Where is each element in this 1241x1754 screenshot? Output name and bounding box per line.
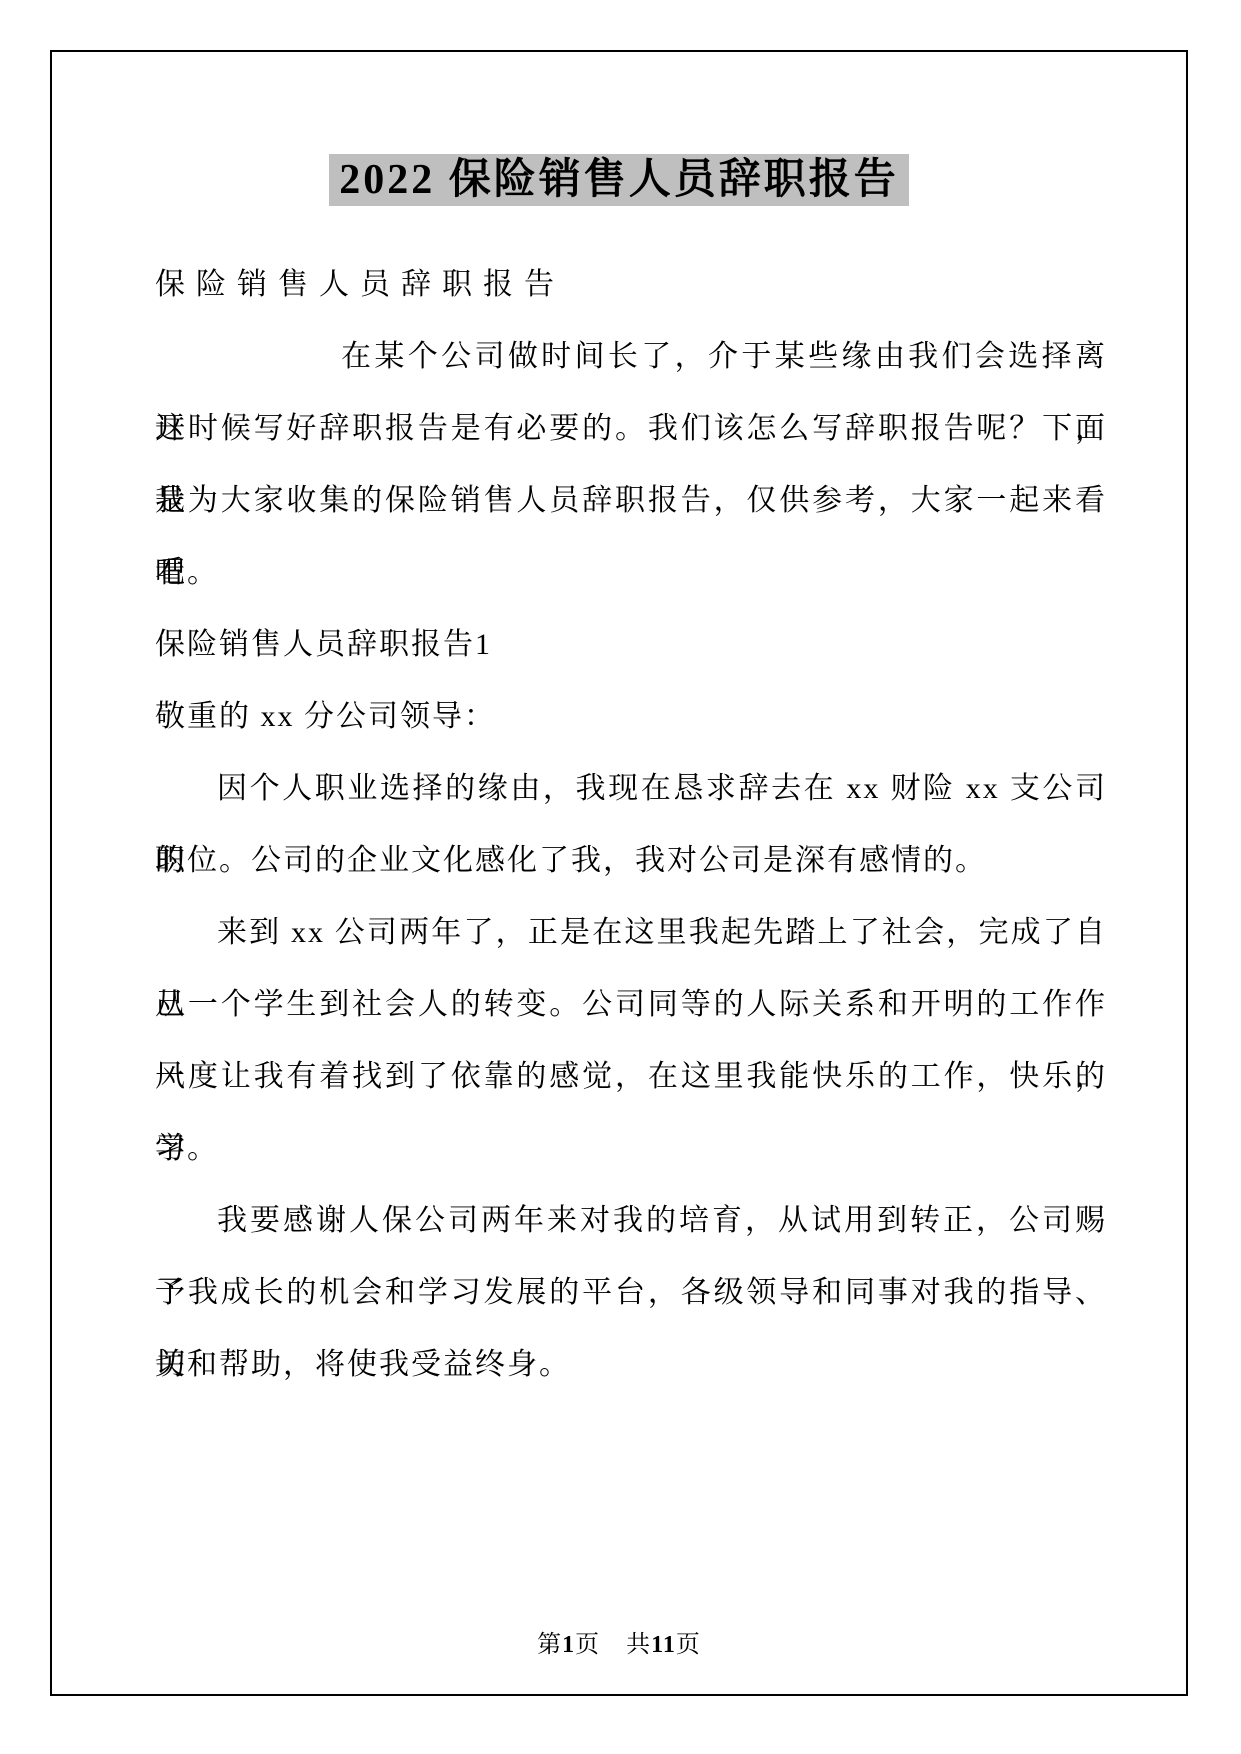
footer-page-number: 11 xyxy=(651,1632,676,1658)
text-line: 吧。 xyxy=(155,537,1107,609)
text-line: 我为大家收集的保险销售人员辞职报告，仅供参考，大家一起来看看 xyxy=(155,465,1107,537)
document-lines: 保险销售人员辞职报告在某个公司做时间长了，介于某些缘由我们会选择离开，这时候写好… xyxy=(155,249,1107,1401)
text-line: 从一个学生到社会人的转变。公司同等的人际关系和开明的工作作风， xyxy=(155,969,1107,1041)
text-line: 一度让我有着找到了依靠的感觉，在这里我能快乐的工作，快乐的学 xyxy=(155,1041,1107,1113)
footer-text: 页 xyxy=(575,1632,600,1658)
page-border: 2022 保险销售人员辞职报告 保险销售人员辞职报告在某个公司做时间长了，介于某… xyxy=(50,50,1188,1696)
text-line: 来到 xx 公司两年了，正是在这里我起先踏上了社会，完成了自己 xyxy=(155,897,1107,969)
footer-text: 共 xyxy=(626,1632,651,1658)
text-line: 了我成长的机会和学习发展的平台，各级领导和同事对我的指导、关 xyxy=(155,1257,1107,1329)
footer-page-number: 1 xyxy=(562,1632,575,1658)
text-line: 在某个公司做时间长了，介于某些缘由我们会选择离开， xyxy=(155,321,1107,393)
document-page: 2022 保险销售人员辞职报告 保险销售人员辞职报告在某个公司做时间长了，介于某… xyxy=(0,0,1241,1754)
text-line: 习。 xyxy=(155,1113,1107,1185)
text-line: 切和帮助，将使我受益终身。 xyxy=(155,1329,1107,1401)
footer-text: 页 xyxy=(676,1632,701,1658)
text-line: 因个人职业选择的缘由，我现在恳求辞去在 xx 财险 xx 支公司的 xyxy=(155,753,1107,825)
page-title: 2022 保险销售人员辞职报告 xyxy=(52,146,1186,206)
page-footer: 第1页共11页 xyxy=(52,1624,1186,1659)
text-line: 这时候写好辞职报告是有必要的。我们该怎么写辞职报告呢？下面是 xyxy=(155,393,1107,465)
footer-text: 第 xyxy=(537,1632,562,1658)
title-highlight: 2022 保险销售人员辞职报告 xyxy=(329,154,909,206)
text-line: 保险销售人员辞职报告 xyxy=(155,249,1107,321)
text-line: 敬重的 xx 分公司领导： xyxy=(155,681,1107,753)
text-line: 保险销售人员辞职报告1 xyxy=(155,609,1107,681)
text-line: 职位。公司的企业文化感化了我，我对公司是深有感情的。 xyxy=(155,825,1107,897)
text-line: 我要感谢人保公司两年来对我的培育，从试用到转正，公司赐予 xyxy=(155,1185,1107,1257)
